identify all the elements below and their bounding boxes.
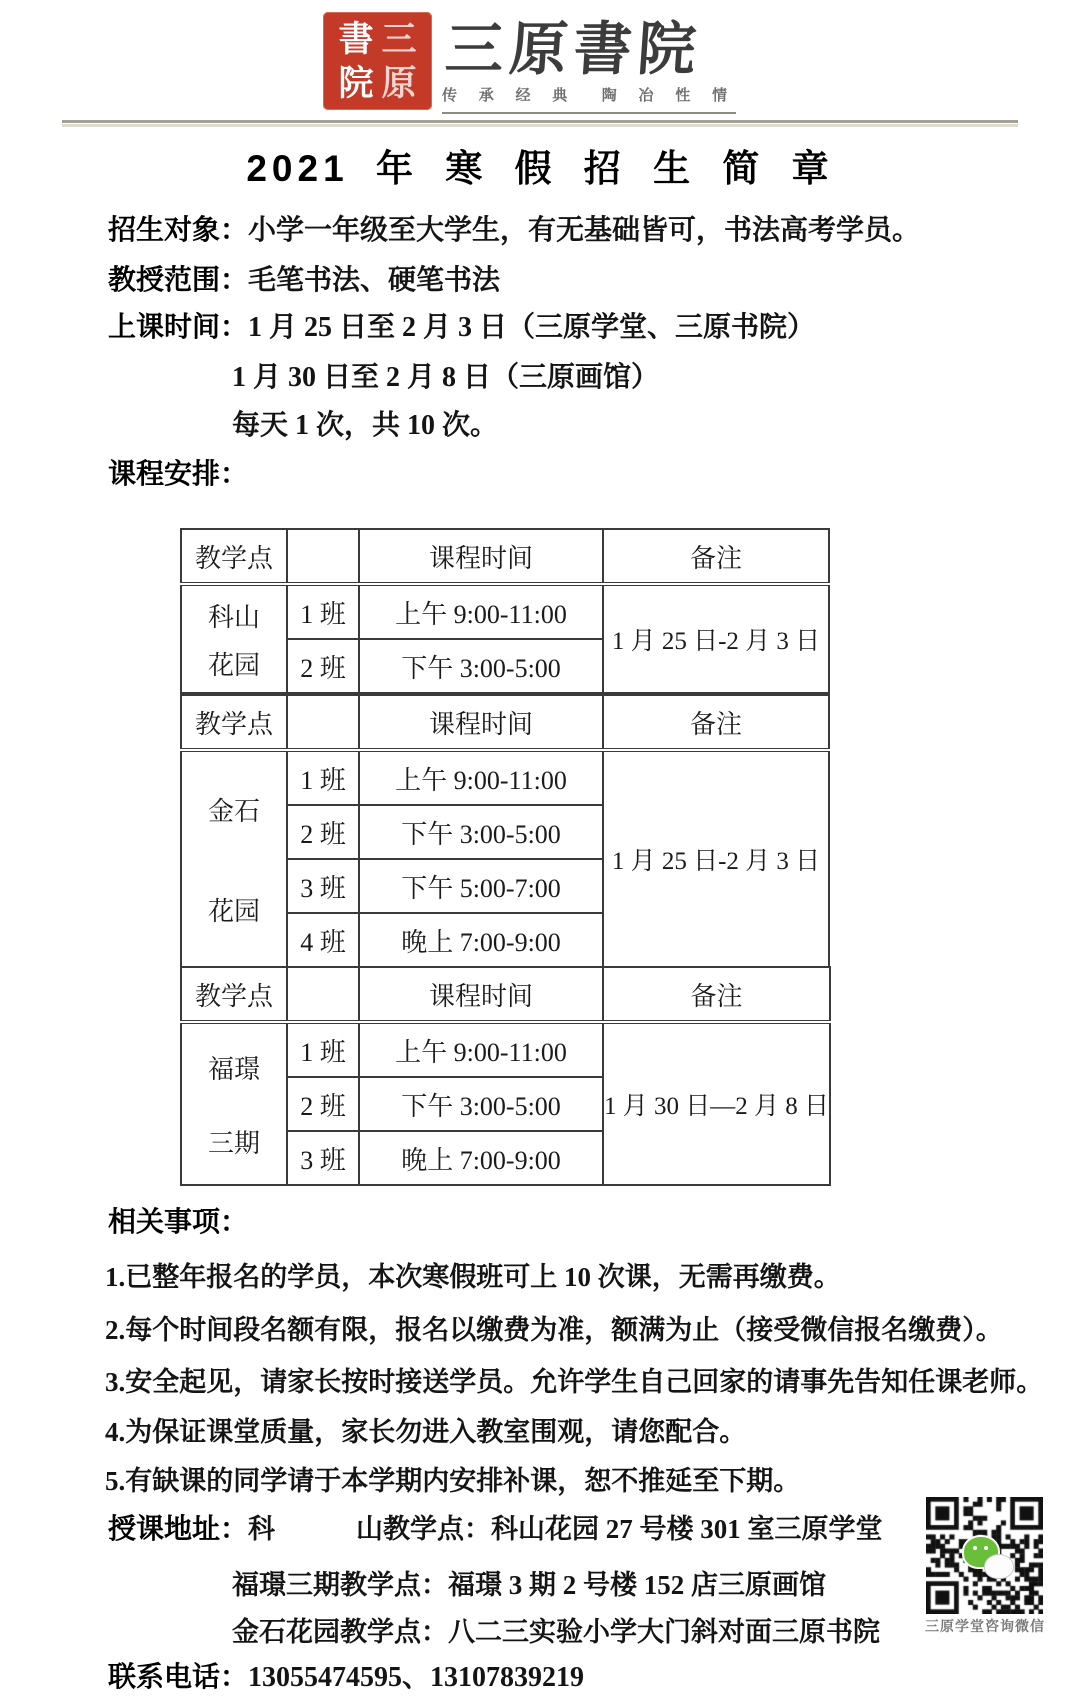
time-cell: 上午 9:00-11:00 [359,1022,603,1077]
column-header: 备注 [603,695,829,750]
address-label: 授课地址： [108,1507,248,1547]
class-time-label: 上课时间： [108,305,248,345]
schedule-table-fujing: 教学点课程时间备注福璟三期1 班上午 9:00-11:001 月 30 日—2 … [180,966,831,1186]
column-header: 课程时间 [359,967,603,1022]
class-time-text-3: 每天 1 次，共 10 次。 [232,403,498,443]
teaching-scope-line: 教授范围： 毛笔书法、硬笔书法 [108,258,500,298]
address-keshan: 科 山教学点：科山花园 27 号楼 301 室三原学堂 [248,1507,883,1547]
time-cell: 下午 3:00-5:00 [359,639,603,693]
teaching-scope-label: 教授范围： [108,258,248,298]
class-cell: 1 班 [287,1022,359,1077]
note-item-1: 1.已整年报名的学员，本次寒假班可上 10 次课，无需再缴费。 [105,1255,841,1294]
time-cell: 下午 3:00-5:00 [359,805,603,859]
column-header [287,695,359,750]
column-header: 课程时间 [359,529,603,584]
seal-left-column: 書 院 [338,17,373,105]
address-jinshi: 金石花园教学点：八二三实验小学大门斜对面三原书院 [232,1610,880,1649]
class-cell: 3 班 [287,859,359,913]
time-cell: 下午 3:00-5:00 [359,1077,603,1131]
seal-char: 三 [382,22,417,57]
note-item-3: 3.安全起见，请家长按时接送学员。允许学生自己回家的请事先告知任课老师。 [105,1360,1043,1399]
time-cell: 晚上 7:00-9:00 [359,1131,603,1185]
column-header [287,967,359,1022]
location-cell: 福璟三期 [181,1022,287,1185]
class-cell: 1 班 [287,750,359,805]
schedule-table: 教学点课程时间备注福璟三期1 班上午 9:00-11:001 月 30 日—2 … [180,966,831,1186]
time-cell: 上午 9:00-11:00 [359,750,603,805]
teaching-scope-text: 毛笔书法、硬笔书法 [248,258,500,298]
column-header: 备注 [603,967,830,1022]
class-time-text-2: 1 月 30 日至 2 月 8 日（三原画馆） [232,355,659,395]
class-time-line-2: 1 月 30 日至 2 月 8 日（三原画馆） [232,355,659,395]
notes-section-label: 相关事项： [108,1200,248,1240]
time-cell: 上午 9:00-11:00 [359,584,603,639]
note-cell: 1 月 25 日-2 月 3 日 [603,750,829,967]
brand-tagline: 传 承 经 典 陶 冶 性 情 [442,84,736,114]
column-header: 教学点 [181,695,287,750]
contact-line: 联系电话： 13055474595、13107839219 [108,1655,584,1695]
wechat-icon-bubble [984,1554,1014,1579]
schedule-table: 教学点课程时间备注金石花园1 班上午 9:00-11:001 月 25 日-2 … [180,694,830,968]
class-cell: 2 班 [287,805,359,859]
class-time-line-3: 每天 1 次，共 10 次。 [232,403,498,443]
header-divider [62,120,1018,123]
address-line-2: 福璟三期教学点：福璟 3 期 2 号楼 152 店三原画馆 [232,1563,826,1602]
address-fujing: 福璟三期教学点：福璟 3 期 2 号楼 152 店三原画馆 [232,1563,826,1602]
class-time-line-1: 上课时间： 1 月 25 日至 2 月 3 日（三原学堂、三原书院） [108,305,815,345]
class-cell: 1 班 [287,584,359,639]
location-cell: 金石花园 [181,750,287,967]
seal-right-column: 三 原 [382,17,417,105]
schedule-table-keshan: 教学点课程时间备注科山花园1 班上午 9:00-11:001 月 25 日-2 … [180,528,830,694]
wechat-qr-code [926,1497,1043,1614]
schedule-section-label: 课程安排： [108,452,248,492]
class-cell: 2 班 [287,639,359,693]
brand-calligraphy: 三原書院 [443,2,705,86]
time-cell: 下午 5:00-7:00 [359,859,603,913]
class-cell: 3 班 [287,1131,359,1185]
enroll-target-text: 小学一年级至大学生，有无基础皆可，书法高考学员。 [248,208,920,248]
address-line-1: 授课地址： 科 山教学点：科山花园 27 号楼 301 室三原学堂 [108,1507,883,1547]
seal-char: 原 [382,66,417,101]
class-cell: 2 班 [287,1077,359,1131]
address-line-3: 金石花园教学点：八二三实验小学大门斜对面三原书院 [232,1610,880,1649]
note-item-4: 4.为保证课堂质量，家长勿进入教室围观，请您配合。 [105,1410,746,1449]
contact-phones: 13055474595、13107839219 [248,1655,584,1695]
flyer-page: 書 院 三 原 三原書院 传 承 经 典 陶 冶 性 情 2021 年 寒 假 … [0,0,1080,1697]
qr-caption: 三原学堂咨询微信 [918,1616,1052,1636]
column-header: 教学点 [181,529,287,584]
schedule-table-jinshi: 教学点课程时间备注金石花园1 班上午 9:00-11:001 月 25 日-2 … [180,694,830,968]
enroll-target-label: 招生对象： [108,208,248,248]
page-title: 2021 年 寒 假 招 生 简 章 [0,138,1080,192]
note-cell: 1 月 30 日—2 月 8 日 [603,1022,830,1185]
seal-stamp: 書 院 三 原 [323,12,432,110]
note-cell: 1 月 25 日-2 月 3 日 [603,584,829,693]
enroll-target-line: 招生对象： 小学一年级至大学生，有无基础皆可，书法高考学员。 [108,208,920,248]
seal-char: 書 [338,22,373,57]
schedule-table: 教学点课程时间备注科山花园1 班上午 9:00-11:001 月 25 日-2 … [180,528,830,694]
note-item-5: 5.有缺课的同学请于本学期内安排补课，恕不推延至下期。 [105,1459,800,1498]
location-cell: 科山花园 [181,584,287,693]
class-time-text-1: 1 月 25 日至 2 月 3 日（三原学堂、三原书院） [248,305,815,345]
column-header: 课程时间 [359,695,603,750]
column-header: 教学点 [181,967,287,1022]
column-header [287,529,359,584]
seal-char: 院 [338,66,373,101]
class-cell: 4 班 [287,913,359,967]
time-cell: 晚上 7:00-9:00 [359,913,603,967]
note-item-2: 2.每个时间段名额有限，报名以缴费为准，额满为止（接受微信报名缴费）。 [105,1308,1003,1347]
contact-label: 联系电话： [108,1655,248,1695]
column-header: 备注 [603,529,829,584]
